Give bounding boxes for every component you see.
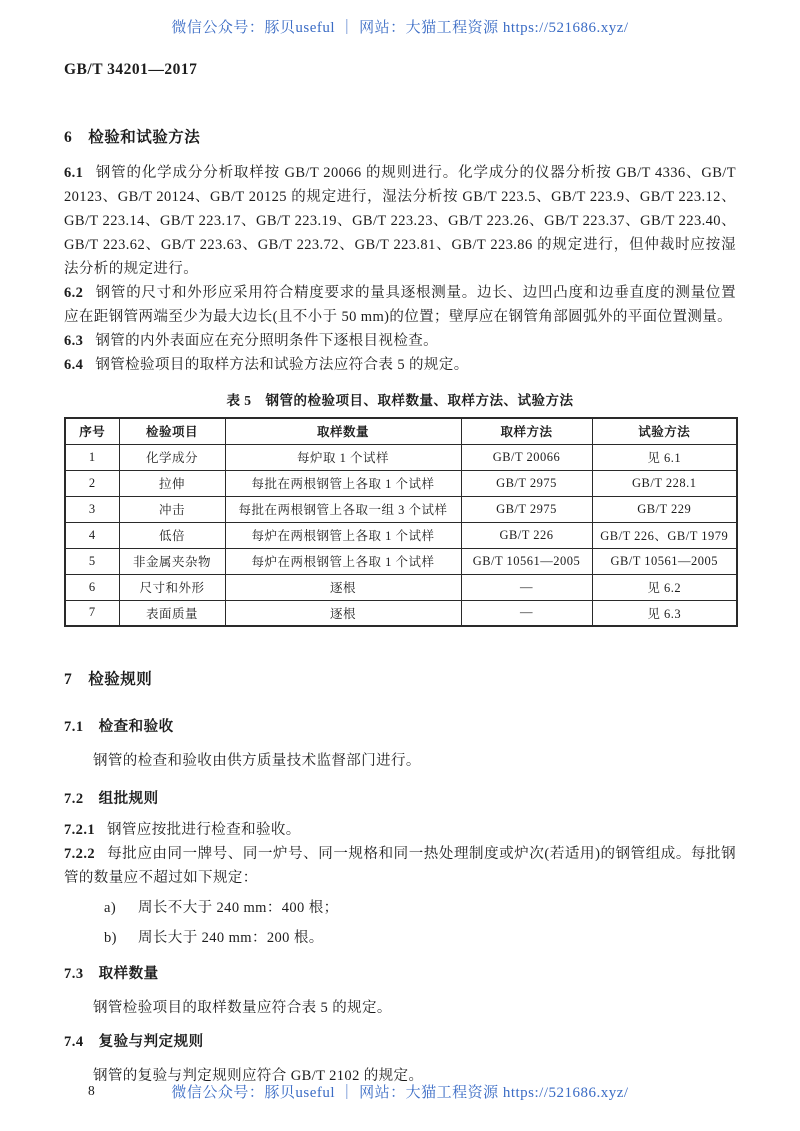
table-row: 4 低倍 每炉在两根钢管上各取 1 个试样 GB/T 226 GB/T 226、… — [65, 522, 737, 548]
table-cell: GB/T 20066 — [461, 444, 592, 470]
heading-7-1: 7.1 检查和验收 — [64, 715, 736, 736]
clause-7-2-2: 7.2.2每批应由同一牌号、同一炉号、同一规格和同一热处理制度或炉次(若适用)的… — [64, 842, 736, 890]
list-item-label: a) — [104, 897, 138, 920]
table-5: 序号 检验项目 取样数量 取样方法 试验方法 1 化学成分 每炉取 1 个试样 … — [64, 417, 738, 627]
table-cell: 每批在两根钢管上各取一组 3 个试样 — [225, 496, 461, 522]
page-number: 8 — [88, 1083, 95, 1099]
list-item-text: 周长大于 240 mm：200 根。 — [138, 927, 324, 950]
table-cell: GB/T 10561—2005 — [592, 548, 737, 574]
clause-6-4: 6.4钢管检验项目的取样方法和试验方法应符合表 5 的规定。 — [64, 353, 736, 377]
table-cell: 表面质量 — [119, 600, 225, 626]
col-header-sample-qty: 取样数量 — [225, 418, 461, 444]
clause-text: 钢管的尺寸和外形应采用符合精度要求的量具逐根测量。边长、边凹凸度和边垂直度的测量… — [64, 285, 736, 325]
clause-number: 7.2.1 — [64, 822, 95, 838]
table-cell: 每批在两根钢管上各取 1 个试样 — [225, 470, 461, 496]
clause-text: 每批应由同一牌号、同一炉号、同一规格和同一热处理制度或炉次(若适用)的钢管组成。… — [64, 846, 736, 886]
col-header-sampling-method: 取样方法 — [461, 418, 592, 444]
table-cell: 3 — [65, 496, 119, 522]
clause-number: 6.3 — [64, 333, 83, 349]
clause-text: 钢管的内外表面应在充分照明条件下逐根目视检查。 — [95, 333, 438, 349]
clause-text: 钢管应按批进行检查和验收。 — [107, 822, 301, 838]
clause-number: 6.1 — [64, 165, 83, 181]
table-cell: GB/T 229 — [592, 496, 737, 522]
table-cell: 6 — [65, 574, 119, 600]
list-item-text: 周长不大于 240 mm：400 根； — [138, 897, 339, 920]
table-cell: 5 — [65, 548, 119, 574]
table-row: 7 表面质量 逐根 — 见 6.3 — [65, 600, 737, 626]
table-cell: 低倍 — [119, 522, 225, 548]
table-cell: GB/T 226 — [461, 522, 592, 548]
table-cell: 见 6.2 — [592, 574, 737, 600]
table-cell: GB/T 2975 — [461, 470, 592, 496]
table-cell: 见 6.1 — [592, 444, 737, 470]
table-header-row: 序号 检验项目 取样数量 取样方法 试验方法 — [65, 418, 737, 444]
clause-7-2-1: 7.2.1钢管应按批进行检查和验收。 — [64, 818, 736, 842]
table-cell: GB/T 10561—2005 — [461, 548, 592, 574]
standard-number: GB/T 34201—2017 — [64, 61, 736, 79]
table-row: 5 非金属夹杂物 每炉在两根钢管上各取 1 个试样 GB/T 10561—200… — [65, 548, 737, 574]
table-cell: 每炉在两根钢管上各取 1 个试样 — [225, 548, 461, 574]
table-cell: 拉伸 — [119, 470, 225, 496]
heading-7-2: 7.2 组批规则 — [64, 787, 736, 808]
table-row: 3 冲击 每批在两根钢管上各取一组 3 个试样 GB/T 2975 GB/T 2… — [65, 496, 737, 522]
table-cell: GB/T 228.1 — [592, 470, 737, 496]
clause-number: 6.2 — [64, 285, 83, 301]
table-cell: 1 — [65, 444, 119, 470]
clause-6-3: 6.3钢管的内外表面应在充分照明条件下逐根目视检查。 — [64, 329, 736, 353]
header-watermark: 微信公众号：豚贝useful ｜ 网站：大猫工程资源 https://52168… — [0, 0, 800, 37]
clause-text: 钢管的化学成分分析取样按 GB/T 20066 的规则进行。化学成分的仪器分析按… — [64, 165, 736, 277]
para-7-1: 钢管的检查和验收由供方质量技术监督部门进行。 — [64, 749, 736, 773]
table-cell: GB/T 226、GB/T 1979 — [592, 522, 737, 548]
table-cell: — — [461, 600, 592, 626]
section-6-body: 6.1钢管的化学成分分析取样按 GB/T 20066 的规则进行。化学成分的仪器… — [64, 161, 736, 377]
document-page: 微信公众号：豚贝useful ｜ 网站：大猫工程资源 https://52168… — [0, 0, 800, 1131]
table-cell: 见 6.3 — [592, 600, 737, 626]
table-cell: 2 — [65, 470, 119, 496]
list-item-a: a) 周长不大于 240 mm：400 根； — [64, 897, 736, 920]
clause-6-1: 6.1钢管的化学成分分析取样按 GB/T 20066 的规则进行。化学成分的仪器… — [64, 161, 736, 281]
table-cell: 每炉在两根钢管上各取 1 个试样 — [225, 522, 461, 548]
footer-watermark: 微信公众号：豚贝useful ｜ 网站：大猫工程资源 https://52168… — [0, 1080, 800, 1102]
table-cell: 冲击 — [119, 496, 225, 522]
col-header-item: 检验项目 — [119, 418, 225, 444]
table-5-title: 表 5 钢管的检验项目、取样数量、取样方法、试验方法 — [64, 389, 736, 409]
section-7-heading: 7 检验规则 — [64, 667, 736, 689]
table-cell: — — [461, 574, 592, 600]
col-header-seq: 序号 — [65, 418, 119, 444]
para-7-3: 钢管检验项目的取样数量应符合表 5 的规定。 — [64, 996, 736, 1020]
table-row: 2 拉伸 每批在两根钢管上各取 1 个试样 GB/T 2975 GB/T 228… — [65, 470, 737, 496]
clause-number: 6.4 — [64, 357, 83, 373]
table-cell: 尺寸和外形 — [119, 574, 225, 600]
clause-6-2: 6.2钢管的尺寸和外形应采用符合精度要求的量具逐根测量。边长、边凹凸度和边垂直度… — [64, 281, 736, 329]
page-content: GB/T 34201—2017 6 检验和试验方法 6.1钢管的化学成分分析取样… — [0, 61, 800, 1088]
section-6-heading: 6 检验和试验方法 — [64, 125, 736, 147]
table-row: 6 尺寸和外形 逐根 — 见 6.2 — [65, 574, 737, 600]
table-cell: 逐根 — [225, 574, 461, 600]
table-cell: GB/T 2975 — [461, 496, 592, 522]
table-cell: 化学成分 — [119, 444, 225, 470]
heading-7-4: 7.4 复验与判定规则 — [64, 1030, 736, 1051]
table-row: 1 化学成分 每炉取 1 个试样 GB/T 20066 见 6.1 — [65, 444, 737, 470]
col-header-test-method: 试验方法 — [592, 418, 737, 444]
table-cell: 非金属夹杂物 — [119, 548, 225, 574]
list-item-label: b) — [104, 927, 138, 950]
table-cell: 4 — [65, 522, 119, 548]
table-cell: 7 — [65, 600, 119, 626]
heading-7-3: 7.3 取样数量 — [64, 962, 736, 983]
table-cell: 逐根 — [225, 600, 461, 626]
clause-number: 7.2.2 — [64, 846, 95, 862]
page-footer: 8 微信公众号：豚贝useful ｜ 网站：大猫工程资源 https://521… — [0, 1080, 800, 1106]
list-item-b: b) 周长大于 240 mm：200 根。 — [64, 927, 736, 950]
clause-text: 钢管检验项目的取样方法和试验方法应符合表 5 的规定。 — [95, 357, 468, 373]
table-cell: 每炉取 1 个试样 — [225, 444, 461, 470]
